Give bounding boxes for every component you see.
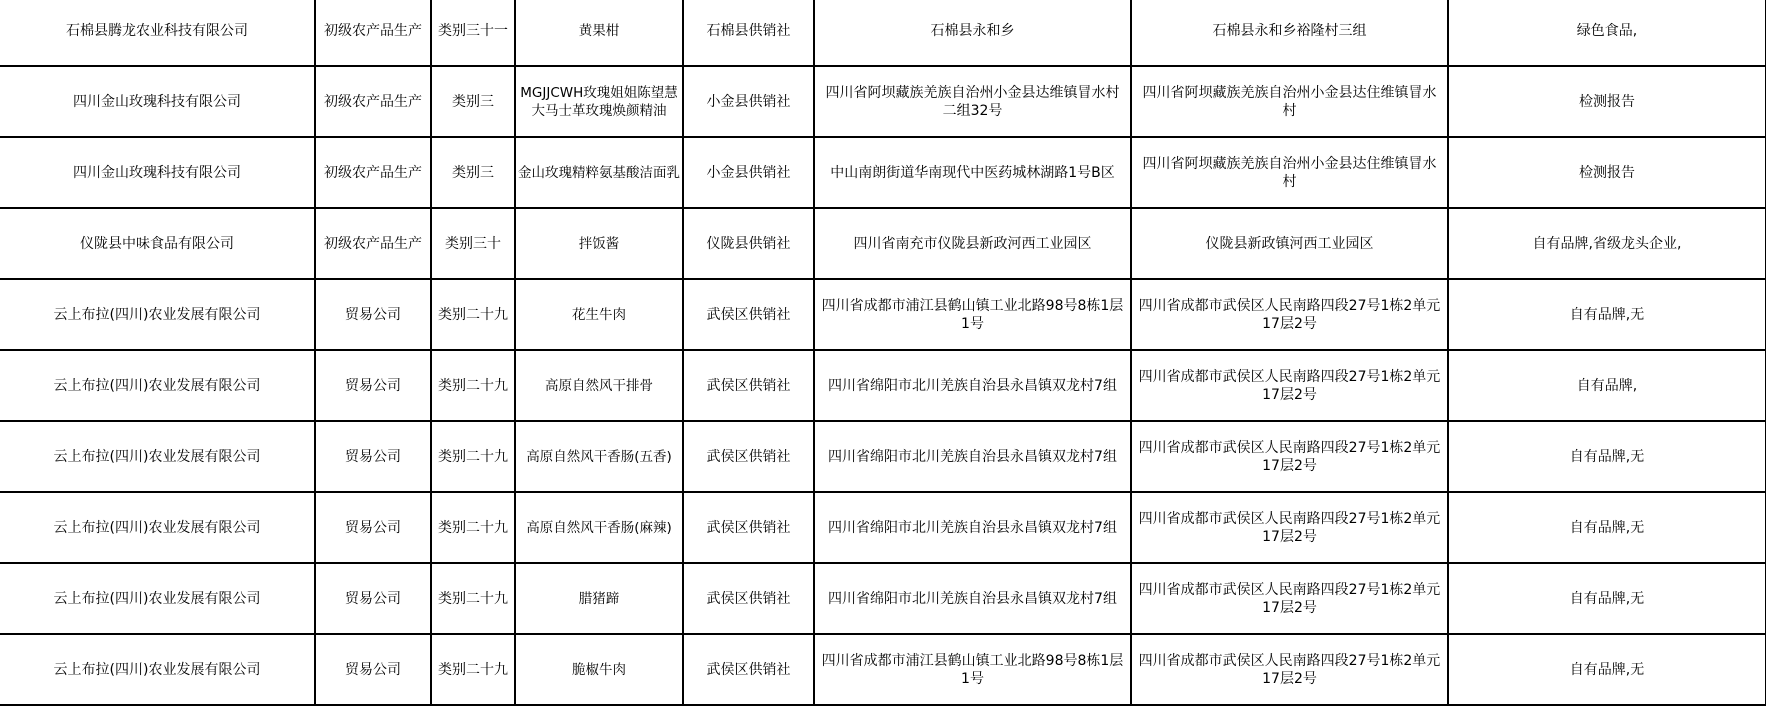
cell-category[interactable]: 类别二十九 — [431, 563, 515, 634]
cell-production-address[interactable]: 四川省阿坝藏族羌族自治州小金县达维镇冒水村二组32号 — [814, 66, 1131, 137]
cell-company[interactable]: 四川金山玫瑰科技有限公司 — [0, 137, 315, 208]
cell-product[interactable]: 拌饭酱 — [515, 208, 683, 279]
cell-type[interactable]: 初级农产品生产 — [315, 137, 431, 208]
cell-category[interactable]: 类别二十九 — [431, 350, 515, 421]
cell-category[interactable]: 类别三 — [431, 137, 515, 208]
cell-company-address[interactable]: 四川省阿坝藏族羌族自治州小金县达住维镇冒水村 — [1131, 137, 1448, 208]
cell-company-address[interactable]: 四川省成都市武侯区人民南路四段27号1栋2单元17层2号 — [1131, 421, 1448, 492]
cell-coop[interactable]: 小金县供销社 — [683, 66, 814, 137]
cell-certification[interactable]: 绿色食品, — [1448, 0, 1766, 66]
cell-coop[interactable]: 武侯区供销社 — [683, 421, 814, 492]
cell-certification[interactable]: 自有品牌, — [1448, 350, 1766, 421]
spreadsheet-table: 石棉县腾龙农业科技有限公司 初级农产品生产 类别三十一 黄果柑 石棉县供销社 石… — [0, 0, 1766, 706]
cell-production-address[interactable]: 中山南朗街道华南现代中医药城林湖路1号B区 — [814, 137, 1131, 208]
cell-certification[interactable]: 自有品牌,无 — [1448, 421, 1766, 492]
cell-company-address[interactable]: 仪陇县新政镇河西工业园区 — [1131, 208, 1448, 279]
cell-company[interactable]: 四川金山玫瑰科技有限公司 — [0, 66, 315, 137]
table-row: 云上布拉(四川)农业发展有限公司 贸易公司 类别二十九 花生牛肉 武侯区供销社 … — [0, 279, 1766, 350]
table-row: 仪陇县中味食品有限公司 初级农产品生产 类别三十 拌饭酱 仪陇县供销社 四川省南… — [0, 208, 1766, 279]
cell-company-address[interactable]: 四川省成都市武侯区人民南路四段27号1栋2单元17层2号 — [1131, 350, 1448, 421]
cell-coop[interactable]: 武侯区供销社 — [683, 634, 814, 705]
cell-type[interactable]: 贸易公司 — [315, 563, 431, 634]
cell-company-address[interactable]: 四川省成都市武侯区人民南路四段27号1栋2单元17层2号 — [1131, 563, 1448, 634]
cell-product[interactable]: 高原自然风干香肠(麻辣) — [515, 492, 683, 563]
cell-category[interactable]: 类别三十一 — [431, 0, 515, 66]
cell-product[interactable]: 高原自然风干香肠(五香) — [515, 421, 683, 492]
cell-type[interactable]: 初级农产品生产 — [315, 0, 431, 66]
cell-company[interactable]: 云上布拉(四川)农业发展有限公司 — [0, 350, 315, 421]
cell-company-address[interactable]: 四川省阿坝藏族羌族自治州小金县达住维镇冒水村 — [1131, 66, 1448, 137]
cell-certification[interactable]: 检测报告 — [1448, 66, 1766, 137]
cell-production-address[interactable]: 四川省绵阳市北川羌族自治县永昌镇双龙村7组 — [814, 350, 1131, 421]
cell-coop[interactable]: 石棉县供销社 — [683, 0, 814, 66]
cell-product[interactable]: 花生牛肉 — [515, 279, 683, 350]
cell-company[interactable]: 云上布拉(四川)农业发展有限公司 — [0, 634, 315, 705]
cell-certification[interactable]: 自有品牌,无 — [1448, 492, 1766, 563]
cell-coop[interactable]: 武侯区供销社 — [683, 350, 814, 421]
table-row: 四川金山玫瑰科技有限公司 初级农产品生产 类别三 金山玫瑰精粹氨基酸洁面乳 小金… — [0, 137, 1766, 208]
cell-product[interactable]: 脆椒牛肉 — [515, 634, 683, 705]
cell-type[interactable]: 贸易公司 — [315, 279, 431, 350]
cell-production-address[interactable]: 四川省绵阳市北川羌族自治县永昌镇双龙村7组 — [814, 421, 1131, 492]
cell-company[interactable]: 石棉县腾龙农业科技有限公司 — [0, 0, 315, 66]
cell-type[interactable]: 贸易公司 — [315, 492, 431, 563]
cell-company[interactable]: 云上布拉(四川)农业发展有限公司 — [0, 563, 315, 634]
table-row: 云上布拉(四川)农业发展有限公司 贸易公司 类别二十九 脆椒牛肉 武侯区供销社 … — [0, 634, 1766, 705]
cell-category[interactable]: 类别二十九 — [431, 279, 515, 350]
cell-production-address[interactable]: 四川省成都市浦江县鹤山镇工业北路98号8栋1层1号 — [814, 279, 1131, 350]
cell-category[interactable]: 类别二十九 — [431, 634, 515, 705]
cell-coop[interactable]: 武侯区供销社 — [683, 563, 814, 634]
table-row: 云上布拉(四川)农业发展有限公司 贸易公司 类别二十九 高原自然风干排骨 武侯区… — [0, 350, 1766, 421]
cell-category[interactable]: 类别二十九 — [431, 421, 515, 492]
cell-certification[interactable]: 自有品牌,无 — [1448, 279, 1766, 350]
cell-certification[interactable]: 检测报告 — [1448, 137, 1766, 208]
cell-product[interactable]: 腊猪蹄 — [515, 563, 683, 634]
cell-production-address[interactable]: 四川省绵阳市北川羌族自治县永昌镇双龙村7组 — [814, 563, 1131, 634]
table-row: 云上布拉(四川)农业发展有限公司 贸易公司 类别二十九 高原自然风干香肠(麻辣)… — [0, 492, 1766, 563]
table-body: 石棉县腾龙农业科技有限公司 初级农产品生产 类别三十一 黄果柑 石棉县供销社 石… — [0, 0, 1766, 705]
cell-coop[interactable]: 武侯区供销社 — [683, 279, 814, 350]
cell-production-address[interactable]: 四川省绵阳市北川羌族自治县永昌镇双龙村7组 — [814, 492, 1131, 563]
cell-company[interactable]: 云上布拉(四川)农业发展有限公司 — [0, 279, 315, 350]
cell-certification[interactable]: 自有品牌,无 — [1448, 634, 1766, 705]
cell-product[interactable]: 金山玫瑰精粹氨基酸洁面乳 — [515, 137, 683, 208]
table-row: 石棉县腾龙农业科技有限公司 初级农产品生产 类别三十一 黄果柑 石棉县供销社 石… — [0, 0, 1766, 66]
cell-production-address[interactable]: 四川省南充市仪陇县新政河西工业园区 — [814, 208, 1131, 279]
cell-type[interactable]: 初级农产品生产 — [315, 66, 431, 137]
table-row: 云上布拉(四川)农业发展有限公司 贸易公司 类别二十九 高原自然风干香肠(五香)… — [0, 421, 1766, 492]
cell-type[interactable]: 贸易公司 — [315, 350, 431, 421]
cell-company[interactable]: 云上布拉(四川)农业发展有限公司 — [0, 492, 315, 563]
cell-company-address[interactable]: 四川省成都市武侯区人民南路四段27号1栋2单元17层2号 — [1131, 492, 1448, 563]
cell-company-address[interactable]: 四川省成都市武侯区人民南路四段27号1栋2单元17层2号 — [1131, 634, 1448, 705]
table-row: 云上布拉(四川)农业发展有限公司 贸易公司 类别二十九 腊猪蹄 武侯区供销社 四… — [0, 563, 1766, 634]
table-row: 四川金山玫瑰科技有限公司 初级农产品生产 类别三 MGJJCWH玫瑰姐姐陈望慧大… — [0, 66, 1766, 137]
cell-production-address[interactable]: 石棉县永和乡 — [814, 0, 1131, 66]
cell-certification[interactable]: 自有品牌,无 — [1448, 563, 1766, 634]
cell-type[interactable]: 贸易公司 — [315, 634, 431, 705]
cell-company-address[interactable]: 石棉县永和乡裕隆村三组 — [1131, 0, 1448, 66]
cell-type[interactable]: 贸易公司 — [315, 421, 431, 492]
cell-category[interactable]: 类别三 — [431, 66, 515, 137]
cell-product[interactable]: 高原自然风干排骨 — [515, 350, 683, 421]
cell-product[interactable]: MGJJCWH玫瑰姐姐陈望慧大马士革玫瑰焕颜精油 — [515, 66, 683, 137]
cell-production-address[interactable]: 四川省成都市浦江县鹤山镇工业北路98号8栋1层1号 — [814, 634, 1131, 705]
cell-category[interactable]: 类别二十九 — [431, 492, 515, 563]
cell-coop[interactable]: 武侯区供销社 — [683, 492, 814, 563]
cell-coop[interactable]: 仪陇县供销社 — [683, 208, 814, 279]
cell-certification[interactable]: 自有品牌,省级龙头企业, — [1448, 208, 1766, 279]
cell-coop[interactable]: 小金县供销社 — [683, 137, 814, 208]
cell-company[interactable]: 云上布拉(四川)农业发展有限公司 — [0, 421, 315, 492]
cell-company-address[interactable]: 四川省成都市武侯区人民南路四段27号1栋2单元17层2号 — [1131, 279, 1448, 350]
cell-category[interactable]: 类别三十 — [431, 208, 515, 279]
cell-product[interactable]: 黄果柑 — [515, 0, 683, 66]
cell-type[interactable]: 初级农产品生产 — [315, 208, 431, 279]
cell-company[interactable]: 仪陇县中味食品有限公司 — [0, 208, 315, 279]
